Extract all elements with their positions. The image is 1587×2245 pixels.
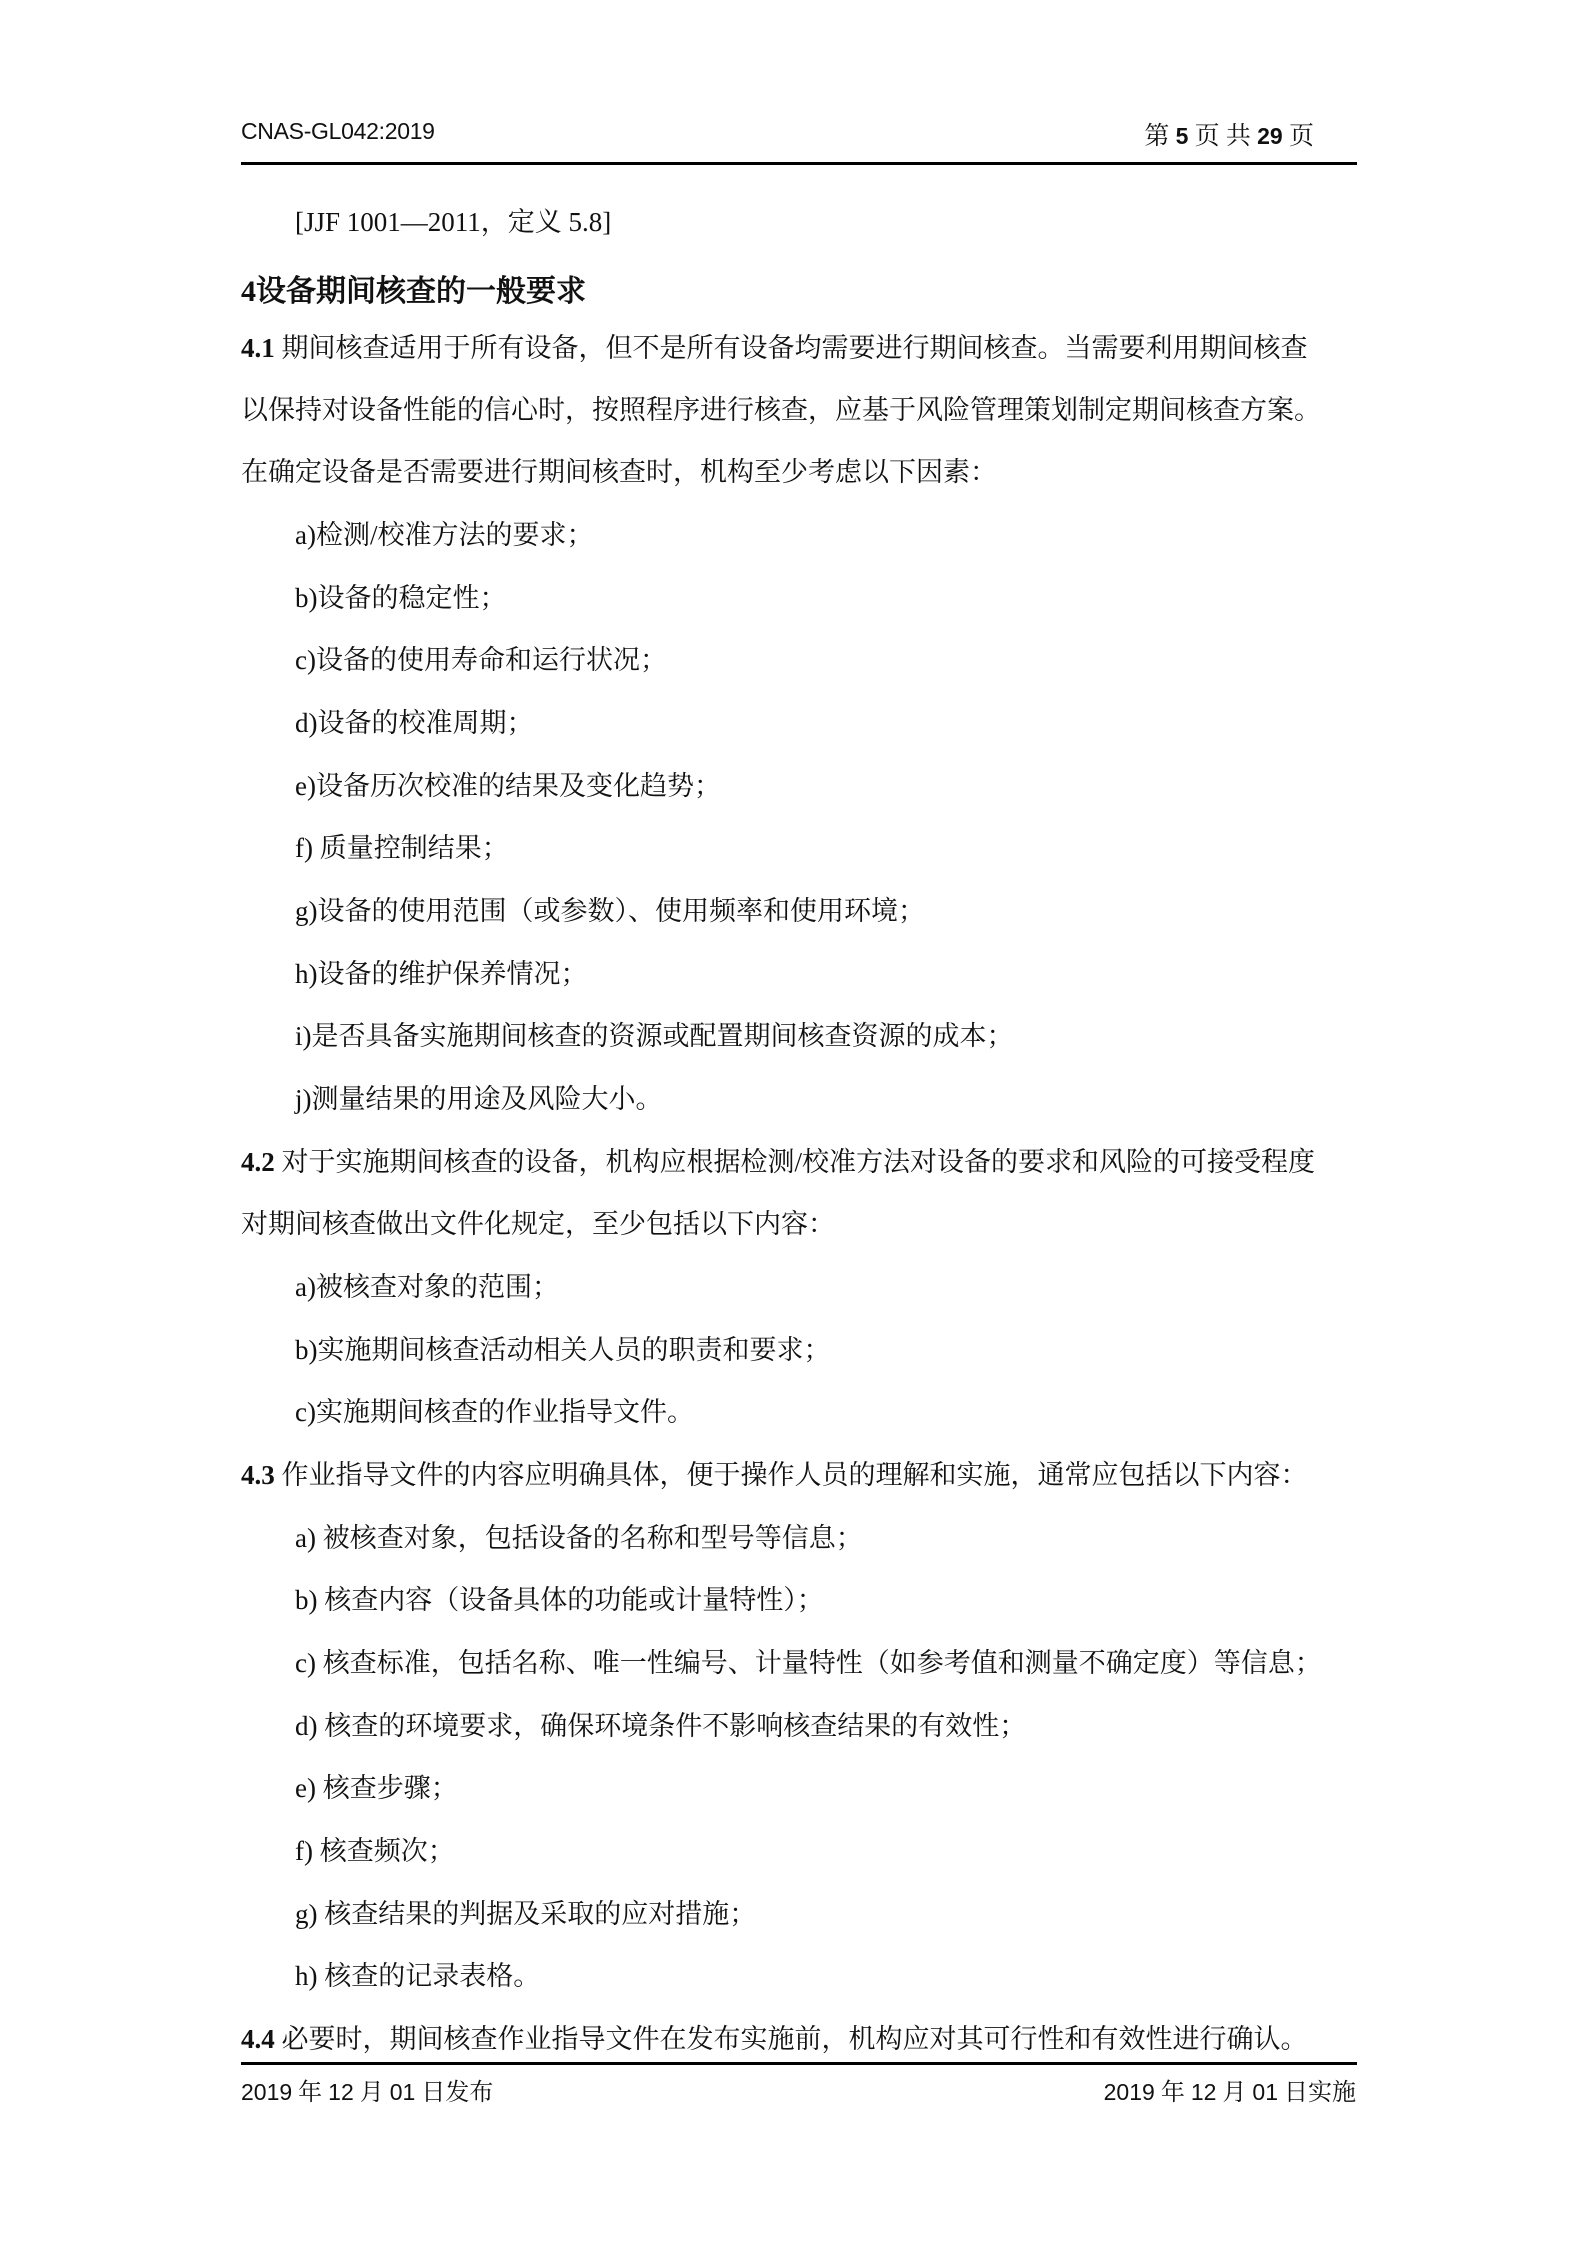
list-item: g)设备的使用范围（或参数）、使用频率和使用环境； bbox=[295, 891, 925, 931]
list-item: b)实施期间核查活动相关人员的职责和要求； bbox=[295, 1330, 831, 1370]
clause-text: 作业指导文件的内容应明确具体，便于操作人员的理解和实施，通常应包括以下内容： bbox=[282, 1460, 1308, 1490]
issue-label: 发布 bbox=[445, 2080, 493, 2106]
section-heading: 4设备期间核查的一般要求 bbox=[241, 272, 586, 312]
clause-text: 期间核查适用于所有设备，但不是所有设备均需要进行期间核查。当需要利用期间核查 bbox=[282, 333, 1308, 363]
list-item: f) 核查频次； bbox=[295, 1831, 455, 1871]
list-item: i)是否具备实施期间核查的资源或配置期间核查资源的成本； bbox=[295, 1016, 1014, 1056]
clause-4-1-line-3: 在确定设备是否需要进行期间核查时，机构至少考虑以下因素： bbox=[241, 452, 997, 492]
clause-4-1-line-1: 4.1 期间核查适用于所有设备，但不是所有设备均需要进行期间核查。当需要利用期间… bbox=[241, 328, 1308, 368]
page-number: 第 5 页 共 29 页 bbox=[1144, 116, 1314, 152]
header-divider bbox=[241, 162, 1357, 165]
definition-reference: [JJF 1001—2011，定义 5.8] bbox=[295, 202, 611, 242]
issue-day: 01 bbox=[390, 2079, 416, 2105]
list-item: e)设备历次校准的结果及变化趋势； bbox=[295, 766, 721, 806]
list-item: g) 核查结果的判据及采取的应对措施； bbox=[295, 1894, 756, 1934]
page-prefix: 第 bbox=[1144, 123, 1169, 150]
list-item: a)检测/校准方法的要求； bbox=[295, 515, 593, 555]
page-header: CNAS-GL042:2019 第 5 页 共 29 页 bbox=[241, 112, 1356, 162]
issue-date: 2019 年 12 月 01 日发布 bbox=[241, 2072, 493, 2107]
list-item: j)测量结果的用途及风险大小。 bbox=[295, 1079, 663, 1119]
list-item: a)被核查对象的范围； bbox=[295, 1267, 559, 1307]
list-item: b) 核查内容（设备具体的功能或计量特性）； bbox=[295, 1580, 824, 1620]
clause-text: 必要时，期间核查作业指导文件在发布实施前，机构应对其可行性和有效性进行确认。 bbox=[282, 2024, 1308, 2054]
list-item: b)设备的稳定性； bbox=[295, 578, 507, 618]
effective-date: 2019 年 12 月 01 日实施 bbox=[1104, 2072, 1356, 2107]
clause-4-1-line-2: 以保持对设备性能的信心时，按照程序进行核查，应基于风险管理策划制定期间核查方案。 bbox=[241, 390, 1321, 430]
list-item: c)实施期间核查的作业指导文件。 bbox=[295, 1392, 694, 1432]
list-item: f) 质量控制结果； bbox=[295, 828, 509, 868]
effective-month: 12 bbox=[1191, 2079, 1217, 2105]
list-item: a) 被核查对象，包括设备的名称和型号等信息； bbox=[295, 1518, 863, 1558]
page-total: 29 bbox=[1257, 123, 1283, 149]
document-code: CNAS-GL042:2019 bbox=[241, 118, 435, 145]
clause-number: 4.2 bbox=[241, 1147, 275, 1177]
issue-year: 2019 bbox=[241, 2079, 292, 2105]
list-item: e) 核查步骤； bbox=[295, 1768, 458, 1808]
clause-4-4-line-1: 4.4 必要时，期间核查作业指导文件在发布实施前，机构应对其可行性和有效性进行确… bbox=[241, 2019, 1308, 2059]
list-item: c)设备的使用寿命和运行状况； bbox=[295, 640, 667, 680]
clause-number: 4.1 bbox=[241, 333, 275, 363]
clause-4-3-line-1: 4.3 作业指导文件的内容应明确具体，便于操作人员的理解和实施，通常应包括以下内… bbox=[241, 1455, 1308, 1495]
effective-label: 实施 bbox=[1308, 2080, 1356, 2106]
page-current: 5 bbox=[1176, 123, 1189, 149]
clause-text: 对于实施期间核查的设备，机构应根据检测/校准方法对设备的要求和风险的可接受程度 bbox=[282, 1147, 1316, 1177]
list-item: d) 核查的环境要求，确保环境条件不影响核查结果的有效性； bbox=[295, 1706, 1026, 1746]
footer-divider bbox=[241, 2062, 1357, 2065]
clause-number: 4.4 bbox=[241, 2024, 275, 2054]
list-item: h)设备的维护保养情况； bbox=[295, 954, 588, 994]
list-item: h) 核查的记录表格。 bbox=[295, 1956, 540, 1996]
clause-number: 4.3 bbox=[241, 1460, 275, 1490]
list-item: c) 核查标准，包括名称、唯一性编号、计量特性（如参考值和测量不确定度）等信息； bbox=[295, 1643, 1322, 1683]
issue-month: 12 bbox=[328, 2079, 354, 2105]
clause-4-2-line-1: 4.2 对于实施期间核查的设备，机构应根据检测/校准方法对设备的要求和风险的可接… bbox=[241, 1142, 1315, 1182]
list-item: d)设备的校准周期； bbox=[295, 703, 534, 743]
effective-year: 2019 bbox=[1104, 2079, 1155, 2105]
page-mid: 页 共 bbox=[1195, 123, 1251, 150]
page-suffix: 页 bbox=[1289, 123, 1314, 150]
clause-4-2-line-2: 对期间核查做出文件化规定，至少包括以下内容： bbox=[241, 1204, 835, 1244]
effective-day: 01 bbox=[1252, 2079, 1278, 2105]
